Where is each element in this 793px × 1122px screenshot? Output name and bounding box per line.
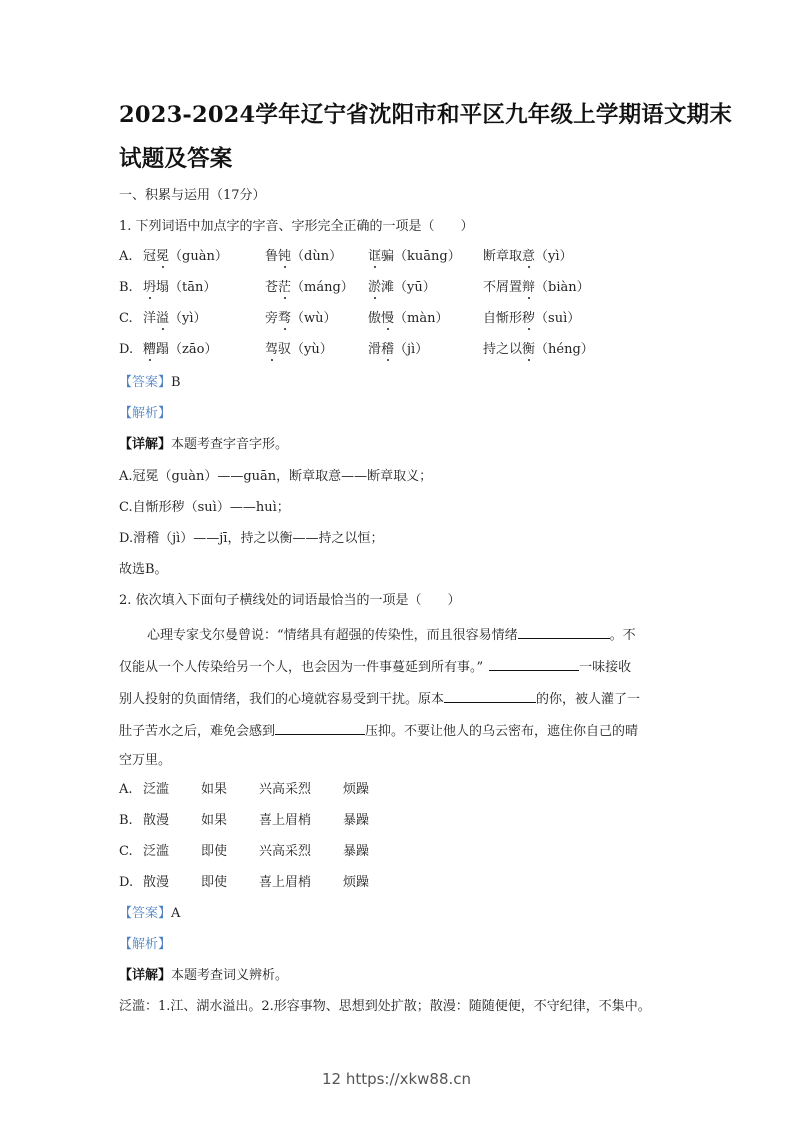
q2-option-b: B.散漫如果喜上眉梢暴躁	[119, 812, 369, 830]
detail-text: 本题考查字音字形。	[171, 437, 288, 452]
q1-explanation-c: C.自惭形秽（suì）——huì；	[119, 499, 290, 517]
q1-answer: 【答案】B	[119, 374, 181, 392]
option-label: C.	[119, 310, 143, 328]
option-word: 滑稽（jì）	[368, 341, 483, 359]
fill-blank-2[interactable]	[489, 656, 579, 671]
option-word: 洋溢（yì）	[143, 310, 265, 328]
fill-blank-3[interactable]	[444, 688, 536, 703]
q1-conclusion: 故选B。	[119, 561, 168, 579]
option-word: 持之以衡（héng）	[483, 341, 594, 359]
analysis-tag: 【解析】	[119, 937, 171, 952]
document-title-line-1: 2023-2024学年辽宁省沈阳市和平区九年级上学期语文期末	[119, 100, 689, 130]
q2-option-d: D.散漫即使喜上眉梢烦躁	[119, 874, 369, 892]
q1-option-b: B. 坍塌（tān） 苍茫（máng） 淤滩（yū） 不屑置辩（biàn）	[119, 279, 590, 297]
q2-passage-line-2: 仅能从一个人传染给另一个人，也会因为一件事蔓延到所有事。”一味接收	[119, 656, 631, 677]
option-word: 诓骗（kuāng）	[368, 248, 483, 266]
q2-passage-line-1: 心理专家戈尔曼曾说：“情绪具有超强的传染性，而且很容易情绪。不	[147, 624, 636, 645]
option-word: 自惭形秽（suì）	[483, 310, 580, 328]
page-footer: 12 https://xkw88.cn	[0, 1070, 793, 1088]
option-word: 不屑置辩（biàn）	[483, 279, 590, 297]
document-page: 2023-2024学年辽宁省沈阳市和平区九年级上学期语文期末 试题及答案 一、积…	[0, 0, 793, 1122]
option-word: 傲慢（màn）	[368, 310, 483, 328]
detail-text: 本题考查词义辨析。	[171, 968, 288, 983]
option-word: 糟蹋（zāo）	[143, 341, 265, 359]
q1-explanation-a: A.冠冕（guàn）——guān，断章取意——断章取义；	[119, 468, 432, 486]
q2-passage-line-3: 别人投射的负面情绪，我们的心境就容易受到干扰。原本的你，被人灌了一	[119, 688, 640, 709]
q2-option-c: C.泛滥即使兴高采烈暴躁	[119, 843, 369, 861]
q1-option-a: A. 冠冕（guàn） 鲁钝（dùn） 诓骗（kuāng） 断章取意（yì）	[119, 248, 573, 266]
answer-tag: 【答案】	[119, 906, 171, 921]
option-word: 旁骛（wù）	[265, 310, 368, 328]
detail-tag: 【详解】	[119, 437, 171, 452]
question-2-stem: 2. 依次填入下面句子横线处的词语最恰当的一项是（ ）	[119, 592, 461, 610]
q2-passage-line-5: 空万里。	[119, 752, 171, 770]
answer-value: A	[171, 906, 180, 921]
option-word: 驾驭（yù）	[265, 341, 368, 359]
option-word: 坍塌（tān）	[143, 279, 265, 297]
q2-detail: 【详解】本题考查词义辨析。	[119, 967, 288, 985]
fill-blank-1[interactable]	[518, 624, 610, 639]
option-label: B.	[119, 279, 143, 297]
q1-detail: 【详解】本题考查字音字形。	[119, 436, 288, 454]
answer-value: B	[171, 375, 181, 390]
option-label: A.	[119, 248, 143, 266]
document-title-line-2: 试题及答案	[119, 144, 689, 174]
q1-explanation-d: D.滑稽（jì）——jī，持之以衡——持之以恒；	[119, 530, 383, 548]
section-heading: 一、积累与运用（17分）	[119, 187, 266, 205]
fill-blank-4[interactable]	[275, 720, 365, 735]
q1-analysis-tag: 【解析】	[119, 405, 171, 423]
question-1-stem: 1. 下列词语中加点字的字音、字形完全正确的一项是（ ）	[119, 218, 474, 236]
q2-option-a: A.泛滥如果兴高采烈烦躁	[119, 781, 369, 799]
option-word: 鲁钝（dùn）	[265, 248, 368, 266]
q2-analysis-tag: 【解析】	[119, 936, 171, 954]
option-word: 苍茫（máng）	[265, 279, 368, 297]
option-label: D.	[119, 341, 143, 359]
q1-option-c: C. 洋溢（yì） 旁骛（wù） 傲慢（màn） 自惭形秽（suì）	[119, 310, 580, 328]
answer-tag: 【答案】	[119, 375, 171, 390]
option-word: 断章取意（yì）	[483, 248, 573, 266]
q2-explanation: 泛滥：1.江、湖水溢出。2.形容事物、思想到处扩散；散漫：随随便便，不守纪律，不…	[119, 998, 651, 1016]
option-word: 淤滩（yū）	[368, 279, 483, 297]
analysis-tag: 【解析】	[119, 406, 171, 421]
q2-answer: 【答案】A	[119, 905, 180, 923]
q2-passage-line-4: 肚子苦水之后，难免会感到压抑。不要让他人的乌云密布，遮住你自己的晴	[119, 720, 638, 741]
option-word: 冠冕（guàn）	[143, 248, 265, 266]
q1-option-d: D. 糟蹋（zāo） 驾驭（yù） 滑稽（jì） 持之以衡（héng）	[119, 341, 594, 359]
detail-tag: 【详解】	[119, 968, 171, 983]
